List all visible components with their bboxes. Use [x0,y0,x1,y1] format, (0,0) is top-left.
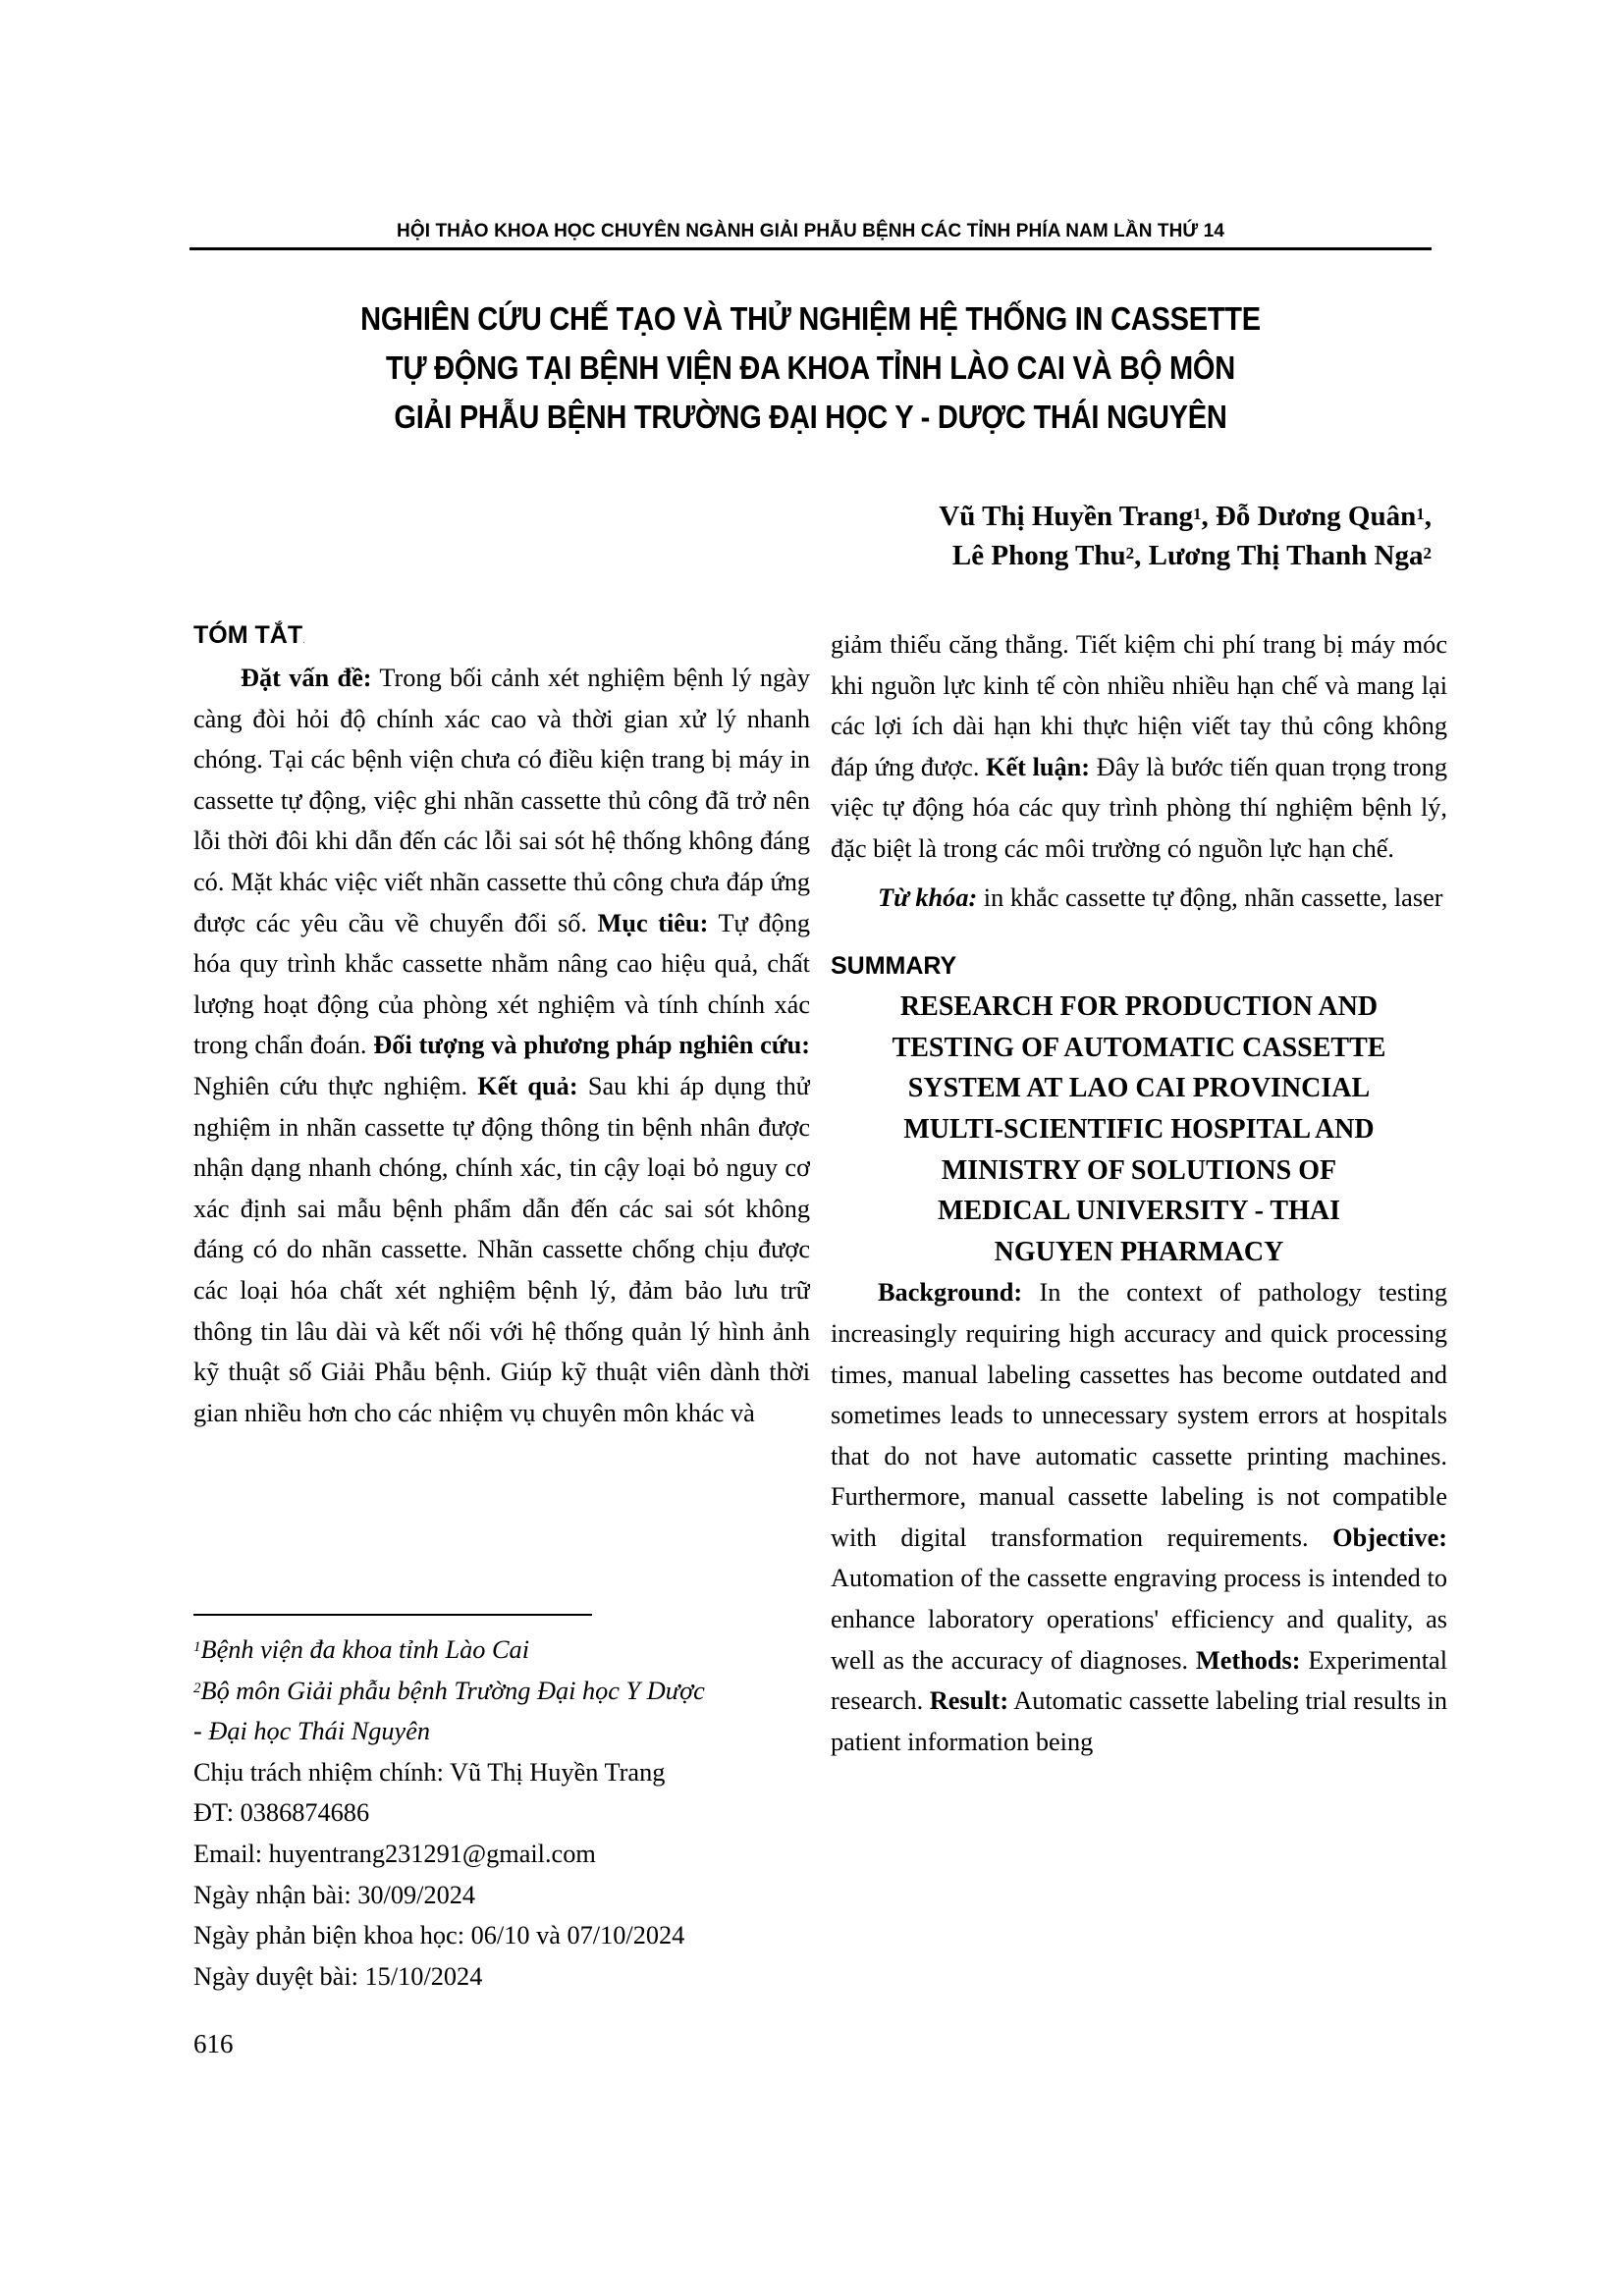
author-line: Lê Phong Thu2, Lương Thị Thanh Nga2 [548,536,1432,575]
methods-text: Nghiên cứu thực nghiệm. [193,1072,477,1100]
corresponding-author: Chịu trách nhiệm chính: Vũ Thị Huyền Tra… [193,1752,822,1793]
summary-title: RESEARCH FOR PRODUCTION AND TESTING OF A… [831,987,1447,1272]
author-name: Lương Thị Thanh Nga [1149,540,1424,571]
date-accepted: Ngày duyệt bài: 15/10/2024 [193,1956,822,1998]
summary-title-line: NGUYEN PHARMACY [831,1232,1447,1273]
abstract-heading-vi: TÓM TẮT. [193,618,810,658]
conclusion-label: Kết luận: [986,753,1090,781]
abstract-vi-continuation: giảm thiểu căng thẳng. Tiết kiệm chi phí… [831,624,1447,870]
affiliation-text: - Đại học Thái Nguyên [193,1717,430,1745]
summary-title-line: MEDICAL UNIVERSITY - THAI [831,1191,1447,1232]
objective-label-en: Objective: [1332,1523,1447,1552]
objective-label: Mục tiêu: [598,909,709,937]
right-column: giảm thiểu căng thẳng. Tiết kiệm chi phí… [831,624,1447,1762]
title-line: NGHIÊN CỨU CHẾ TẠO VÀ THỬ NGHIỆM HỆ THỐN… [264,294,1357,344]
footnotes: 1Bệnh viện đa khoa tỉnh Lào Cai 2Bộ môn … [193,1629,822,1997]
author-affiliation-mark: 1 [1193,505,1202,523]
email: Email: huyentrang231291@gmail.com [193,1834,822,1875]
summary-title-line: MINISTRY OF SOLUTIONS OF [831,1150,1447,1192]
footnote-rule [193,1614,592,1616]
author-affiliation-mark: 2 [1424,544,1433,562]
result-label-en: Result: [930,1686,1008,1715]
summary-heading: SUMMARY [831,949,1447,983]
affiliation-text: Bộ môn Giải phẫu bệnh Trường Đại học Y D… [201,1677,705,1705]
methods-label-en: Methods: [1196,1646,1301,1675]
author-separator: , [1201,501,1216,532]
affiliation-1: 1Bệnh viện đa khoa tỉnh Lào Cai [193,1629,822,1671]
date-received: Ngày nhận bài: 30/09/2024 [193,1875,822,1916]
keywords-label: Từ khóa: [878,883,977,912]
heading-trailing-dot: . [302,635,305,646]
affiliation-text: Bệnh viện đa khoa tỉnh Lào Cai [201,1635,530,1664]
author-name: Vũ Thị Huyền Trang [939,501,1193,532]
spacer [831,918,1447,949]
paper-page: HỘI THẢO KHOA HỌC CHUYÊN NGÀNH GIẢI PHẪU… [0,0,1624,2296]
abstract-vi-paragraph: Đặt vấn đề: Trong bối cảnh xét nghiệm bệ… [193,658,810,1639]
header-rule [189,247,1432,250]
keywords-text: in khắc cassette tự động, nhãn cassette,… [977,883,1442,912]
author-separator: , [1134,540,1149,571]
results-label: Kết quả: [477,1072,577,1100]
author-list: Vũ Thị Huyền Trang1, Đỗ Dương Quân1, Lê … [548,497,1432,575]
title-line: TỰ ĐỘNG TẠI BỆNH VIỆN ĐA KHOA TỈNH LÀO C… [264,344,1357,393]
affiliation-number: 2 [193,1681,201,1696]
summary-title-line: SYSTEM AT LAO CAI PROVINCIAL [831,1068,1447,1109]
summary-title-line: MULTI-SCIENTIFIC HOSPITAL AND [831,1109,1447,1150]
author-affiliation-mark: 1 [1416,505,1425,523]
page-number: 616 [193,2026,234,2061]
background-label: Đặt vấn đề: [241,664,372,692]
keywords: Từ khóa: in khắc cassette tự động, nhãn … [831,878,1447,919]
affiliation-2: 2Bộ môn Giải phẫu bệnh Trường Đại học Y … [193,1671,822,1712]
running-head: HỘI THẢO KHOA HỌC CHUYÊN NGÀNH GIẢI PHẪU… [189,218,1432,245]
results-text-left: Sau khi áp dụng thử nghiệm in nhãn casse… [193,1072,810,1427]
author-separator: , [1425,501,1432,532]
author-affiliation-mark: 2 [1126,544,1135,562]
methods-label: Đối tượng và phương pháp nghiên cứu: [373,1031,810,1059]
summary-title-line: RESEARCH FOR PRODUCTION AND [831,987,1447,1028]
author-name: Lê Phong Thu [952,540,1126,571]
left-column: TÓM TẮT. Đặt vấn đề: Trong bối cảnh xét … [193,618,810,1639]
summary-paragraph: Background: In the context of pathology … [831,1272,1447,1762]
date-reviewed: Ngày phản biện khoa học: 06/10 và 07/10/… [193,1915,822,1956]
abstract-heading-text: TÓM TẮT [193,621,302,649]
affiliation-2-cont: - Đại học Thái Nguyên [193,1711,822,1752]
title-line: GIẢI PHẪU BỆNH TRƯỜNG ĐẠI HỌC Y - DƯỢC T… [264,393,1357,442]
article-title: NGHIÊN CỨU CHẾ TẠO VÀ THỬ NGHIỆM HỆ THỐN… [189,294,1432,442]
background-label-en: Background: [878,1278,1022,1307]
affiliation-number: 1 [193,1639,201,1655]
summary-title-line: TESTING OF AUTOMATIC CASSETTE [831,1028,1447,1069]
background-text: Trong bối cảnh xét nghiệm bệnh lý ngày c… [193,664,810,937]
author-name: Đỗ Dương Quân [1216,501,1416,532]
phone: ĐT: 0386874686 [193,1792,822,1834]
background-text-en: In the context of pathology testing incr… [831,1278,1447,1552]
author-line: Vũ Thị Huyền Trang1, Đỗ Dương Quân1, [548,497,1432,536]
